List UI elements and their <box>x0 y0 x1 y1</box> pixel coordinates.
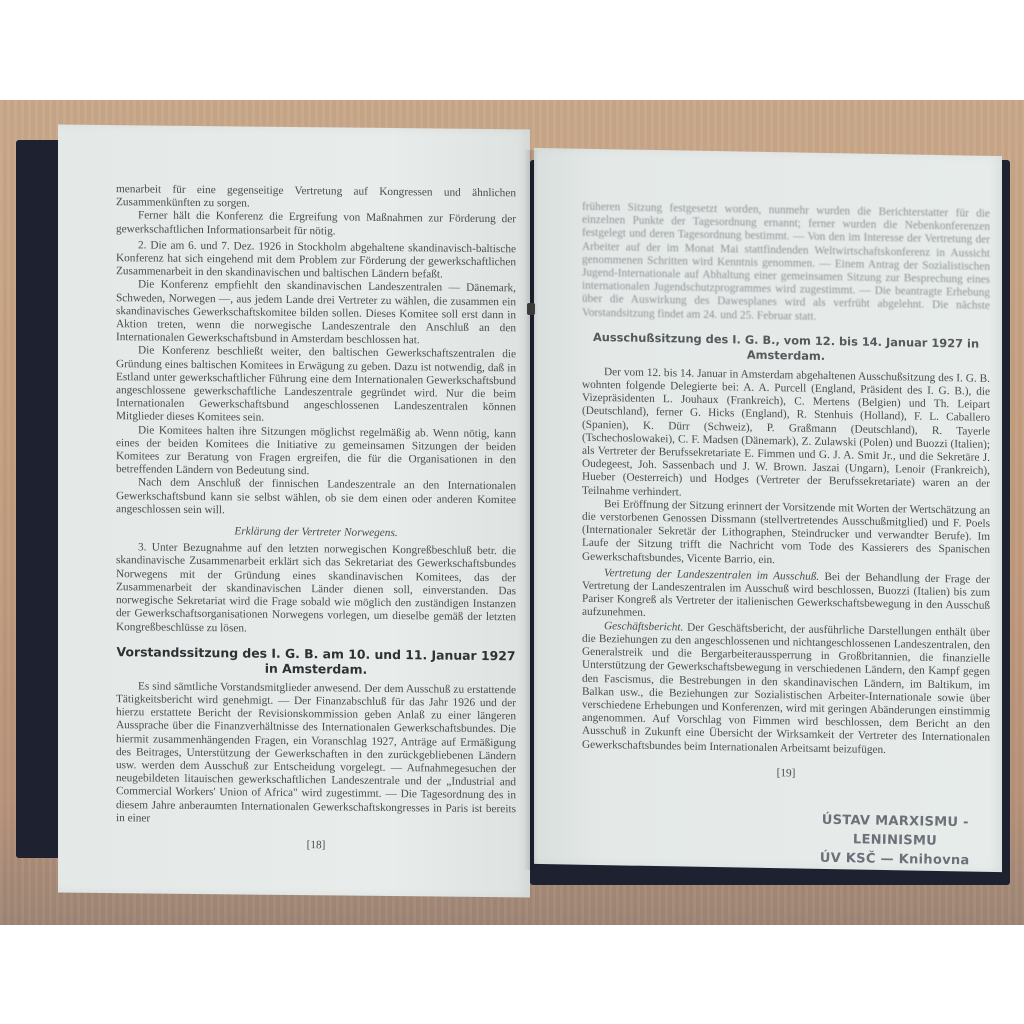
left-page: menarbeit für eine gegenseitige Vertretu… <box>58 125 530 898</box>
paragraph: Die Konferenz beschließt weiter, den bal… <box>116 345 516 428</box>
library-stamp: ÚSTAV MARXISMU - LENINISMU ÚV KSČ — Knih… <box>800 810 991 870</box>
paragraph: früheren Sitzung festgesetzt worden, nun… <box>582 201 990 327</box>
paragraph-text: Der Geschäftsbericht, der ausführliche D… <box>582 621 990 755</box>
paragraph: Nach dem Anschluß der finnischen Landesz… <box>116 477 516 521</box>
paragraph: 3. Unter Bezugnahme auf den letzten norw… <box>116 541 516 638</box>
right-page-text: früheren Sitzung festgesetzt worden, nun… <box>582 201 990 784</box>
left-page-text: menarbeit für eine gegenseitige Vertretu… <box>116 183 516 854</box>
section-heading-ausschusssitzung: Ausschußsitzung des I. G. B., vom 12. bi… <box>582 330 990 367</box>
section-subheading: Erklärung der Vertreter Norwegens. <box>116 524 516 541</box>
inline-label: Geschäftsbericht. <box>604 620 683 633</box>
stamp-line-1: ÚSTAV MARXISMU - LENINISMU <box>800 810 991 851</box>
page-number-right: [19] <box>582 763 990 783</box>
stamp-line-2: ÚV KSČ — Knihovna <box>800 848 990 870</box>
paragraph-vertretung: Vertretung der Landeszentralen im Aussch… <box>582 567 990 627</box>
book-spine-shadow <box>524 150 538 870</box>
paragraph: Bei Eröffnung der Sitzung erinnert der V… <box>582 498 990 571</box>
paragraph: Die Konferenz empfiehlt den skandinavisc… <box>116 279 516 349</box>
paragraph: Die Komitees halten ihre Sitzungen mögli… <box>116 424 516 481</box>
paragraph-bericht: Geschäftsbericht. Der Geschäftsbericht, … <box>582 619 990 758</box>
paragraph: 2. Die am 6. und 7. Dez. 1926 in Stockho… <box>116 239 516 283</box>
paragraph: Ferner hält die Konferenz die Ergreifung… <box>116 210 516 241</box>
right-page: früheren Sitzung festgesetzt worden, nun… <box>534 148 1002 872</box>
paragraph: Der vom 12. bis 14. Januar in Amsterdam … <box>582 366 990 505</box>
binding-clip <box>527 303 535 315</box>
paragraph: menarbeit für eine gegenseitige Vertretu… <box>116 183 516 214</box>
paragraph: Es sind sämtliche Vorstandsmitglieder an… <box>116 680 516 829</box>
section-heading-vorstandssitzung: Vorstandssitzung des I. G. B. am 10. und… <box>116 644 516 678</box>
page-number-left: [18] <box>116 837 516 854</box>
